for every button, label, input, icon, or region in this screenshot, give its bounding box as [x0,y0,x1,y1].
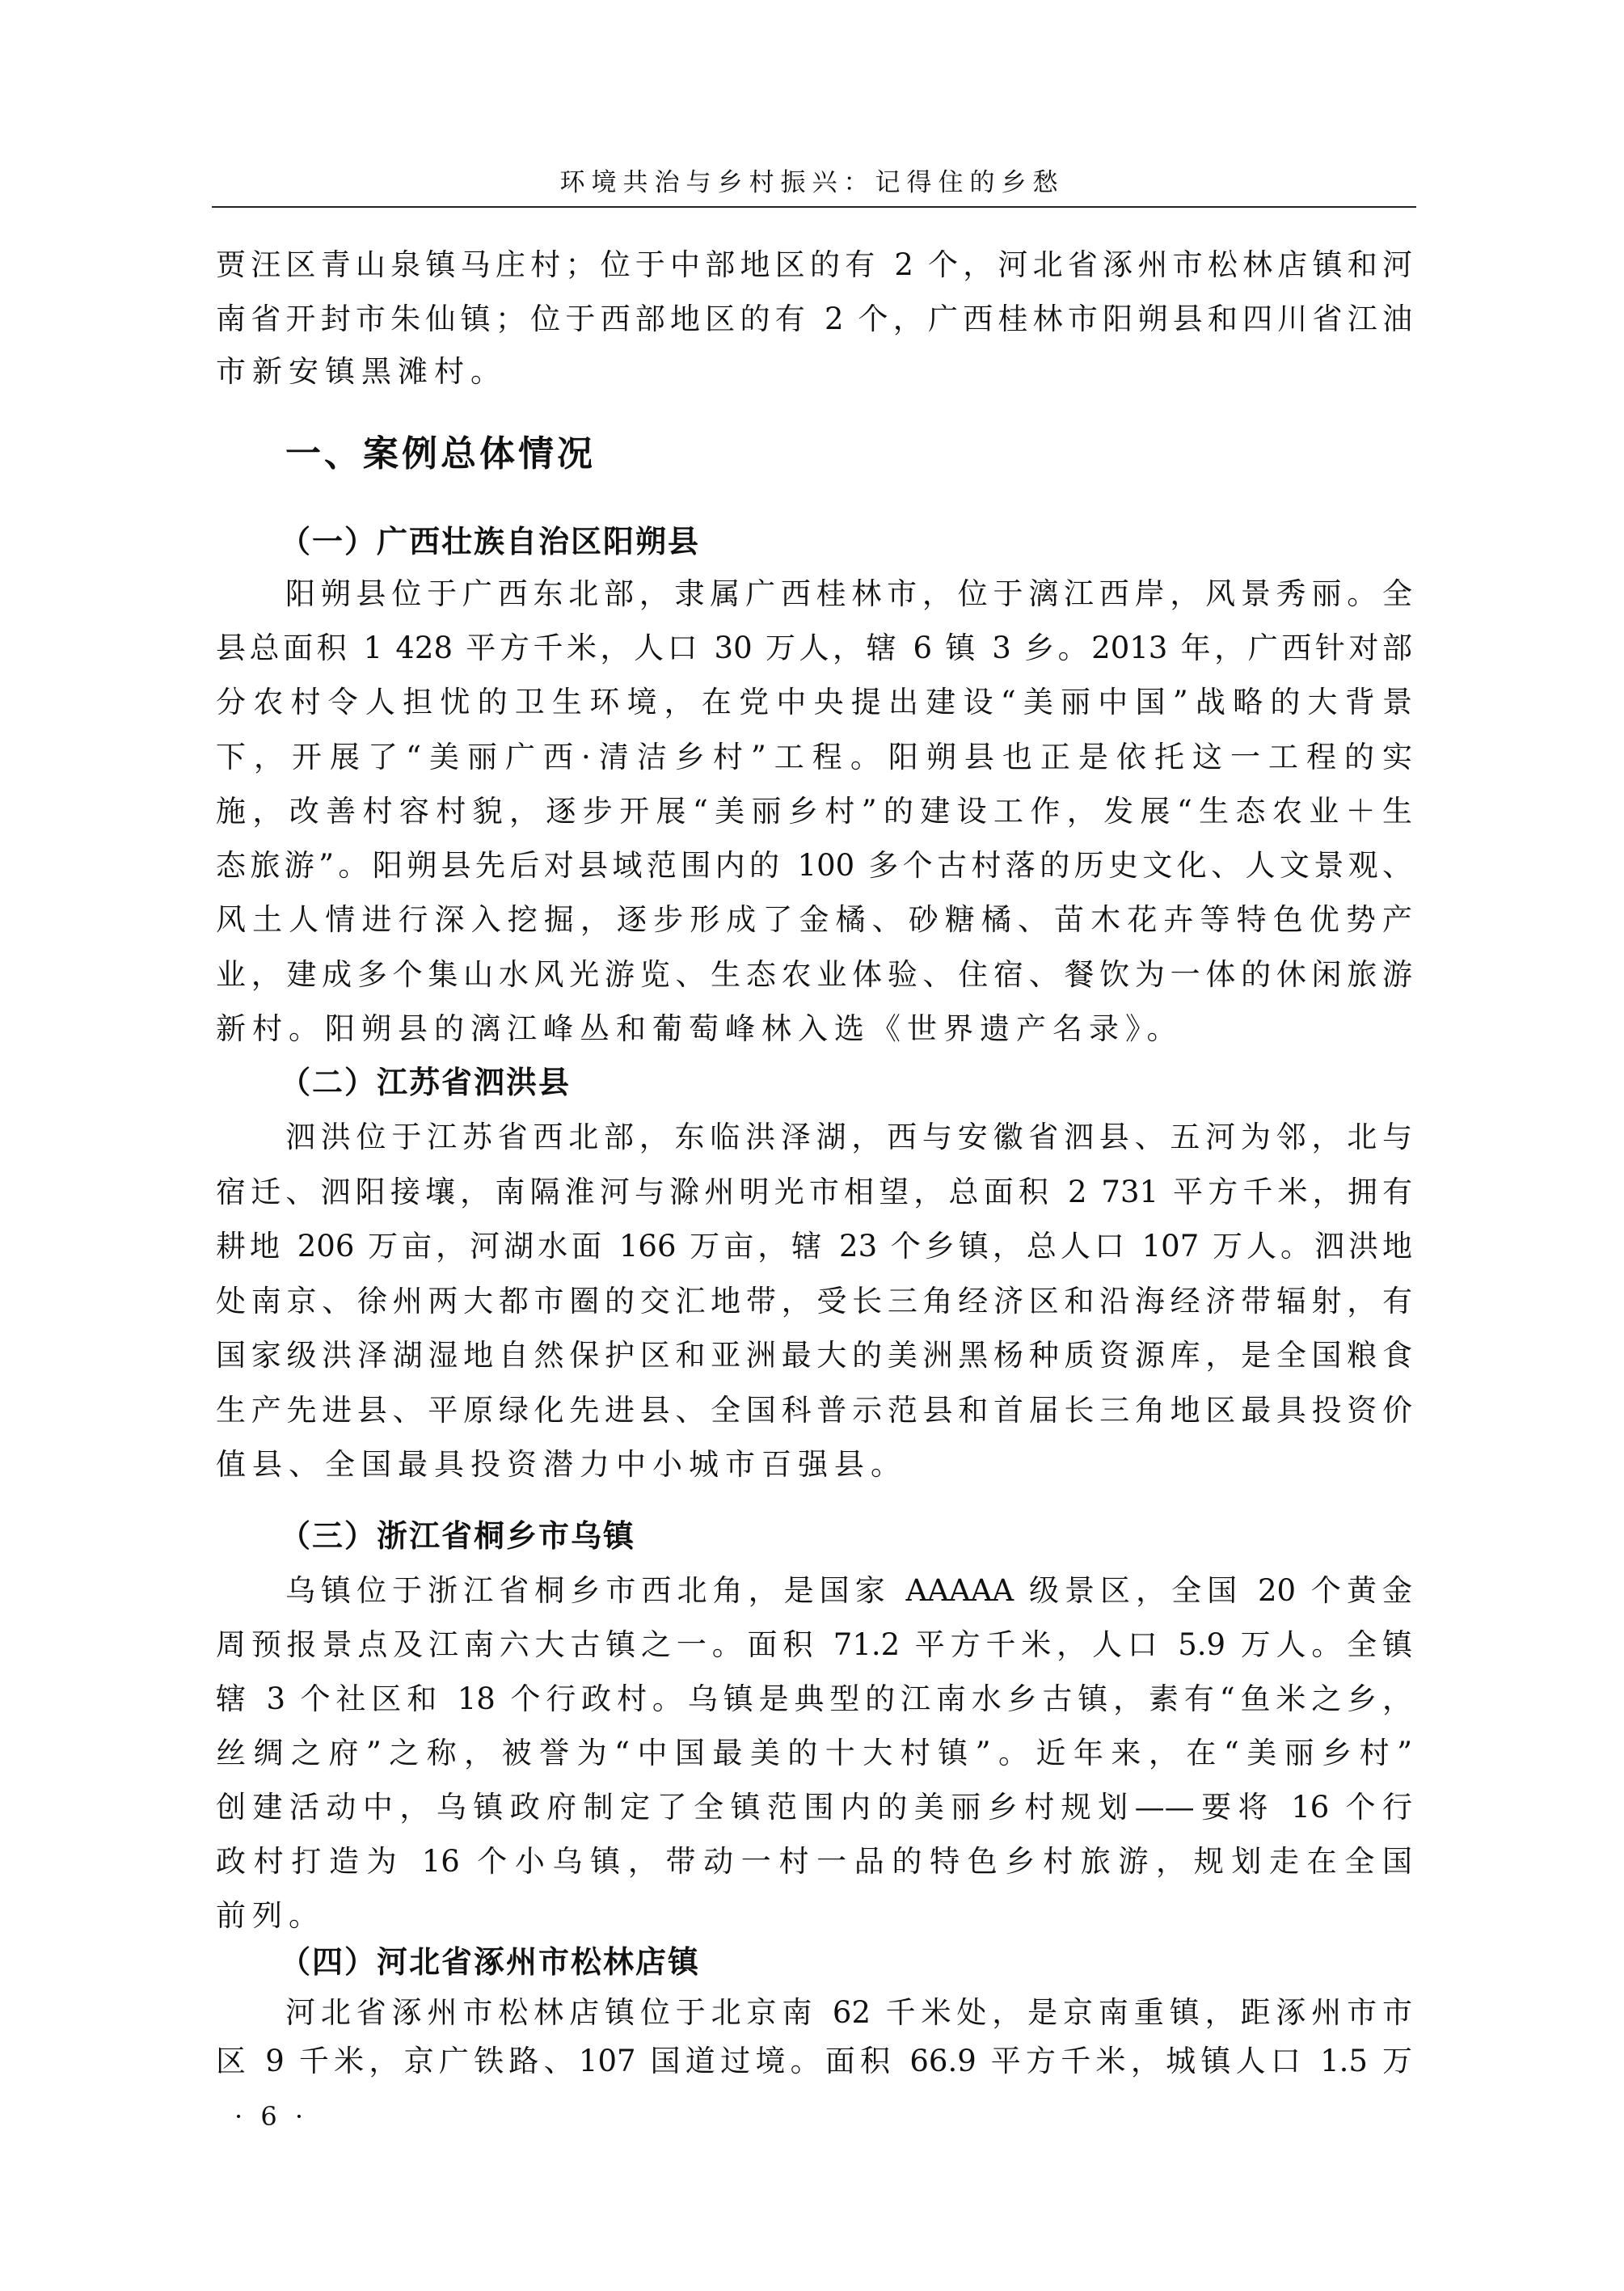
case-paragraph-line: 生产先进县、平原绿化先进县、全国科普示范县和首届长三角地区最具投资价 [216,1391,1412,1430]
case-paragraph-line: 阳朔县位于广西东北部，隶属广西桂林市，位于漓江西岸，风景秀丽。全 [285,575,1412,614]
page-number: · 6 · [234,2100,308,2133]
header-rule [212,206,1416,208]
case-paragraph-line: 县总面积 1 428 平方千米，人口 30 万人，辖 6 镇 3 乡。2013 … [216,629,1412,668]
case-paragraph-line: 周预报景点及江南六大古镇之一。面积 71.2 平方千米，人口 5.9 万人。全镇 [216,1626,1412,1664]
case-paragraph-line: 区 9 千米，京广铁路、107 国道过境。面积 66.9 平方千米，城镇人口 1… [216,2042,1412,2081]
intro-line: 贾汪区青山泉镇马庄村；位于中部地区的有 2 个，河北省涿州市松林店镇和河 [216,246,1412,285]
running-head-title: 环境共治与乡村振兴：记得住的乡愁 [0,165,1624,200]
case-paragraph-line: 耕地 206 万亩，河湖水面 166 万亩，辖 23 个乡镇，总人口 107 万… [216,1227,1412,1266]
case-paragraph-line: 国家级洪泽湖湿地自然保护区和亚洲最大的美洲黑杨种质资源库，是全国粮食 [216,1336,1412,1375]
case-paragraph-line: 态旅游”。阳朔县先后对县域范围内的 100 多个古村落的历史文化、人文景观、 [216,846,1412,885]
case-paragraph-line: 分农村令人担忧的卫生环境，在党中央提出建设“美丽中国”战略的大背景 [216,683,1412,722]
section-title: 一、案例总体情况 [285,432,596,477]
case-paragraph-line: 宿迁、泗阳接壤，南隔淮河与滁州明光市相望，总面积 2 731 平方千米，拥有 [216,1173,1412,1212]
case-paragraph-line: 新村。阳朔县的漓江峰丛和葡萄峰林入选《世界遗产名录》。 [216,1010,1183,1048]
case-paragraph-line: 辖 3 个社区和 18 个行政村。乌镇是典型的江南水乡古镇，素有“鱼米之乡， [216,1680,1412,1719]
case-paragraph-line: 河北省涿州市松林店镇位于北京南 62 千米处，是京南重镇，距涿州市市 [285,1994,1412,2032]
case-paragraph-line: 乌镇位于浙江省桐乡市西北角，是国家 AAAAA 级景区，全国 20 个黄金 [285,1572,1412,1610]
case-paragraph-line: 泗洪位于江苏省西北部，东临洪泽湖，西与安徽省泗县、五河为邻，北与 [285,1118,1412,1157]
intro-line: 市新安镇黑滩村。 [216,352,507,391]
case-paragraph-line: 风土人情进行深入挖掘，逐步形成了金橘、砂糖橘、苗木花卉等特色优势产 [216,901,1412,939]
case-heading-yangshuo: （一）广西壮族自治区阳朔县 [280,521,700,562]
case-paragraph-line: 丝绸之府”之称，被誉为“中国最美的十大村镇”。近年来，在“美丽乡村” [216,1734,1412,1773]
case-paragraph-line: 政村打造为 16 个小乌镇，带动一村一品的特色乡村旅游，规划走在全国 [216,1842,1412,1881]
case-heading-wuzhen: （三）浙江省桐乡市乌镇 [280,1516,635,1556]
case-paragraph-line: 处南京、徐州两大都市圈的交汇地带，受长三角经济区和沿海经济带辐射，有 [216,1282,1412,1321]
intro-line: 南省开封市朱仙镇；位于西部地区的有 2 个，广西桂林市阳朔县和四川省江油 [216,300,1412,339]
case-paragraph-line: 施，改善村容村貌，逐步开展“美丽乡村”的建设工作，发展“生态农业＋生 [216,792,1412,831]
case-paragraph-line: 前列。 [216,1897,325,1935]
case-paragraph-line: 值县、全国最具投资潜力中小城市百强县。 [216,1445,907,1484]
case-heading-songlindian: （四）河北省涿州市松林店镇 [280,1942,700,1982]
case-heading-sihong: （二）江苏省泗洪县 [280,1062,571,1103]
case-paragraph-line: 业，建成多个集山水风光游览、生态农业体验、住宿、餐饮为一体的休闲旅游 [216,956,1412,994]
case-paragraph-line: 创建活动中，乌镇政府制定了全镇范围内的美丽乡村规划——要将 16 个行 [216,1788,1412,1827]
case-paragraph-line: 下，开展了“美丽广西·清洁乡村”工程。阳朔县也正是依托这一工程的实 [216,738,1412,777]
